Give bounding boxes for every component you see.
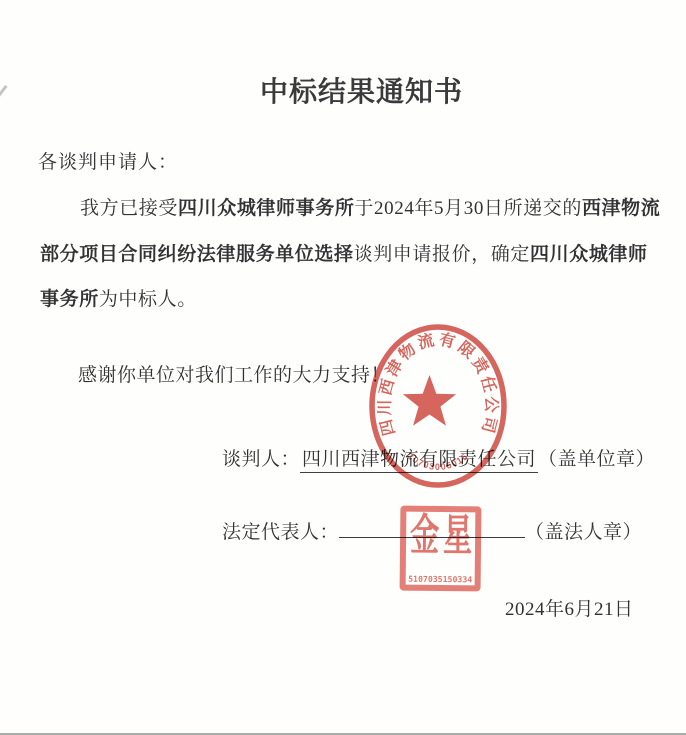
body-text-bold: 事务所 [40,289,99,310]
unit-seal-note: （盖单位章） [538,449,655,470]
legal-rep-seal-code: 5107035150334 [406,574,475,585]
scan-edge-artifact [0,85,7,99]
body-line: 部分项目合同纠纷法律服务单位选择谈判申请报价，确定四川众城律师 [40,241,656,287]
legal-rep-square-seal: 金星 5107035150334 [400,506,482,592]
body-text: 我方已接受 [80,198,178,219]
legal-rep-seal-name: 金星 [406,514,475,560]
body-text: 于2024年5月30日所递交的 [354,198,582,219]
body-text-bold: 四川众城律师事务所 [178,198,354,219]
page-title: 中标结果通知书 [260,76,463,110]
negotiator-label: 谈判人： [222,449,300,470]
legal-rep-label: 法定代表人： [222,522,339,543]
document-page: 中标结果通知书 各谈判申请人： 我方已接受四川众城律师事务所于2024年5月30… [0,0,686,735]
body-text: 为中标人。 [99,289,197,310]
body-text-bold: 四川众城律师 [530,244,648,265]
body-text-bold: 部分项目合同纠纷法律服务单位选择 [40,244,354,265]
thanks-line: 感谢你单位对我们工作的大力支持！ [78,360,390,387]
salutation: 各谈判申请人： [38,147,178,174]
red-star-icon [403,375,456,426]
company-round-seal: 四川西津物流有限责任公司 5107030060150 [367,322,509,490]
body-line: 我方已接受四川众城律师事务所于2024年5月30日所递交的西津物流 [40,195,656,241]
body-text-bold: 西津物流 [582,198,660,219]
body-paragraph: 我方已接受四川众城律师事务所于2024年5月30日所递交的西津物流部分项目合同纠… [40,195,656,332]
document-date: 2024年6月21日 [505,594,634,621]
legal-seal-note: （盖法人章） [525,522,642,543]
body-text: 谈判申请报价，确定 [354,244,530,265]
body-line: 事务所为中标人。 [40,286,656,332]
